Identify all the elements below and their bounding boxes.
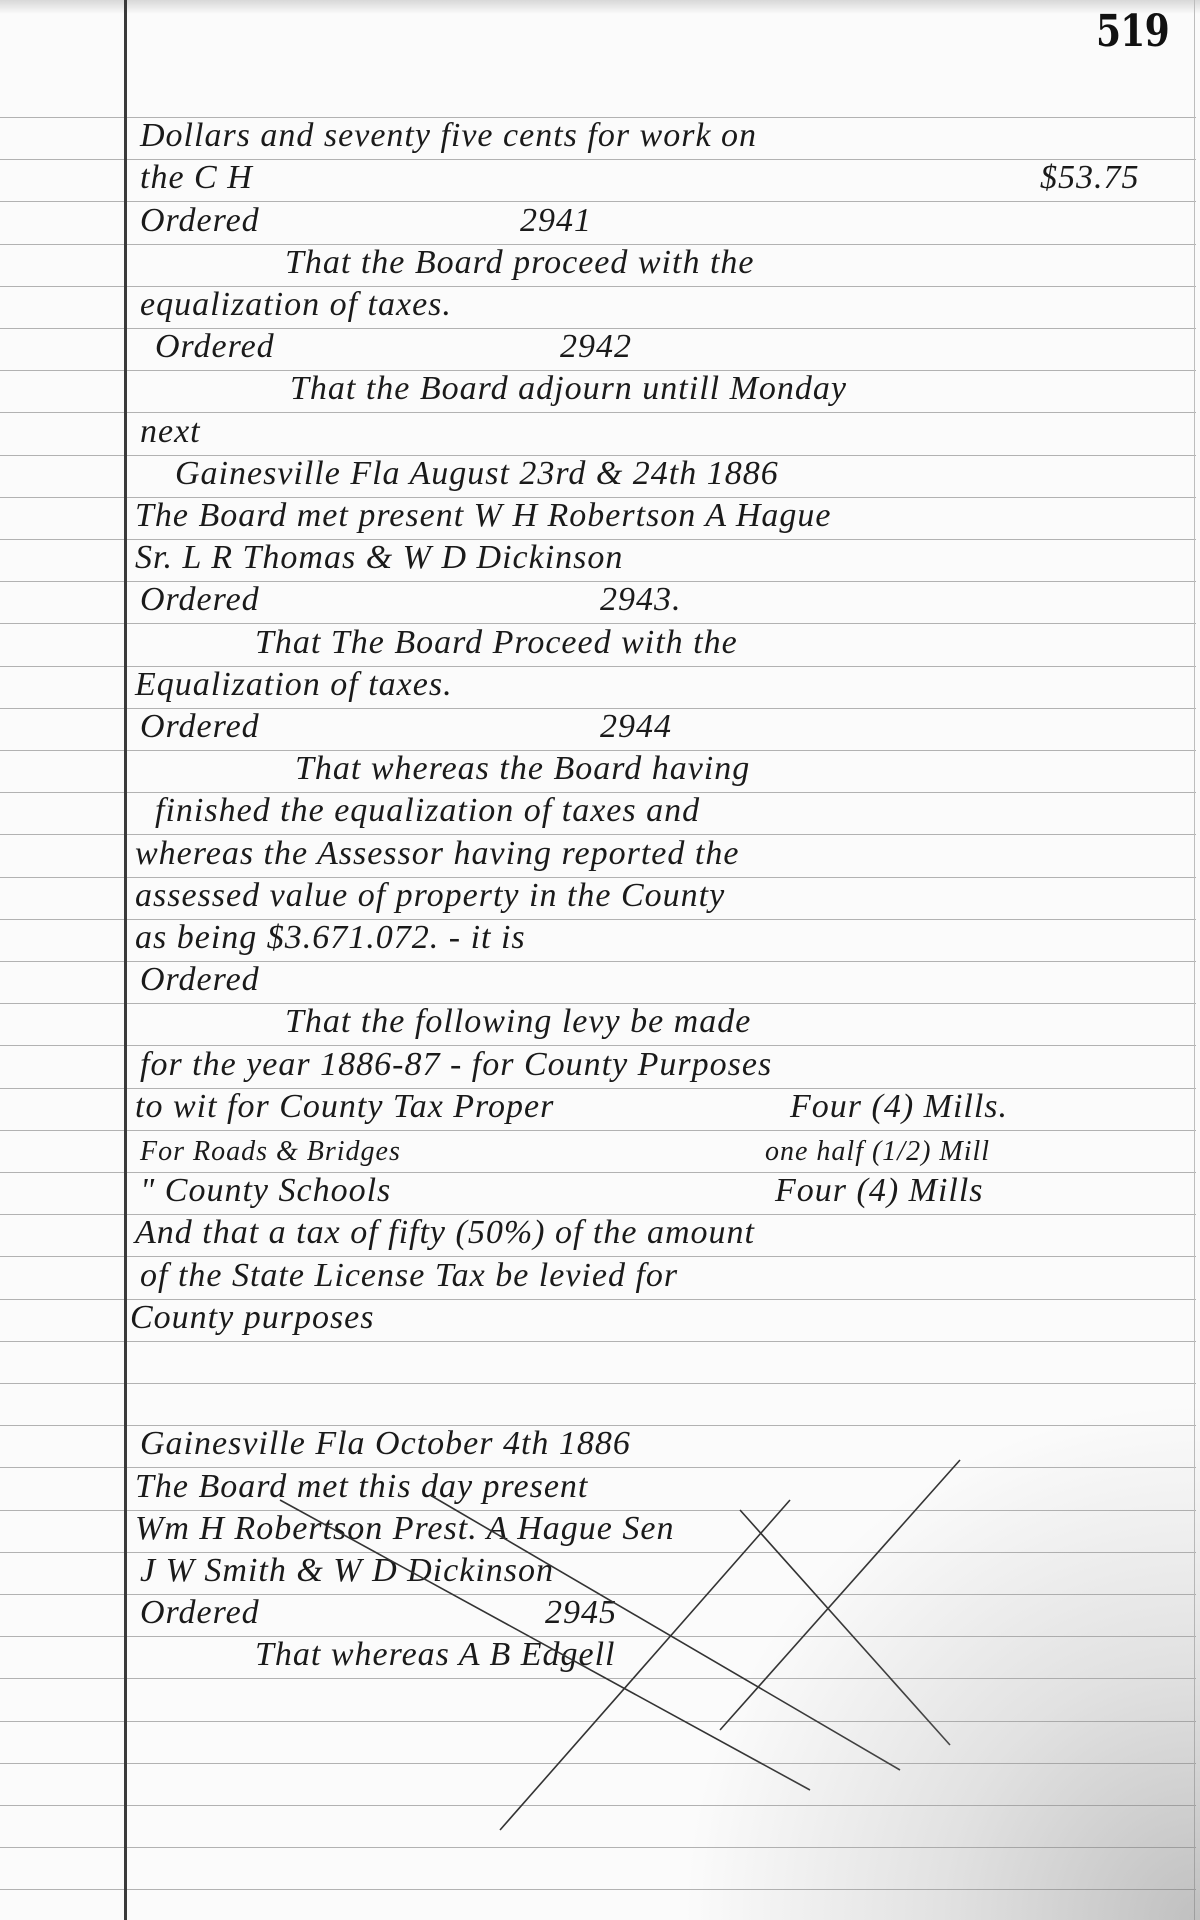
- text-line: to wit for County Tax ProperFour (4) Mil…: [0, 1088, 1196, 1130]
- handwritten-text: Ordered: [140, 961, 260, 999]
- text-line: the C H$53.75: [0, 159, 1196, 201]
- text-line: That the Board adjourn untill Monday: [0, 370, 1196, 412]
- handwritten-text: J W Smith & W D Dickinson: [140, 1552, 554, 1590]
- handwritten-text: That the following levy be made: [285, 1003, 751, 1041]
- handwritten-text: County purposes: [130, 1299, 375, 1337]
- handwritten-text: Sr. L R Thomas & W D Dickinson: [135, 539, 623, 577]
- text-line: And that a tax of fifty (50%) of the amo…: [0, 1214, 1196, 1256]
- text-line: The Board met this day present: [0, 1468, 1196, 1510]
- text-line: equalization of taxes.: [0, 286, 1196, 328]
- ruled-line: [0, 1847, 1196, 1848]
- text-line: next: [0, 413, 1196, 455]
- ruled-line: [0, 1341, 1196, 1342]
- handwritten-text: 2945: [545, 1594, 617, 1632]
- handwritten-text: " County Schools: [140, 1172, 391, 1210]
- handwritten-text: Dollars and seventy five cents for work …: [140, 117, 757, 155]
- handwritten-text: assessed value of property in the County: [135, 877, 725, 915]
- ruled-line: [0, 1721, 1196, 1722]
- handwritten-text: Four (4) Mills.: [790, 1088, 1008, 1126]
- handwritten-text: For Roads & Bridges: [140, 1136, 401, 1168]
- handwritten-text: That the Board proceed with the: [285, 244, 754, 282]
- handwritten-text: Ordered: [155, 328, 275, 366]
- handwritten-text: The Board met present W H Robertson A Ha…: [135, 497, 832, 535]
- handwritten-text: Ordered: [140, 708, 260, 746]
- text-line: Ordered: [0, 961, 1196, 1003]
- handwritten-text: That The Board Proceed with the: [255, 624, 738, 662]
- handwritten-text: Four (4) Mills: [775, 1172, 984, 1210]
- text-line: " County SchoolsFour (4) Mills: [0, 1172, 1196, 1214]
- handwritten-text: $53.75: [1040, 159, 1140, 197]
- text-line: for the year 1886-87 - for County Purpos…: [0, 1046, 1196, 1088]
- text-line: The Board met present W H Robertson A Ha…: [0, 497, 1196, 539]
- text-line: finished the equalization of taxes and: [0, 792, 1196, 834]
- handwritten-text: whereas the Assessor having reported the: [135, 835, 739, 873]
- text-line: County purposes: [0, 1299, 1196, 1341]
- ruled-line: [0, 1678, 1196, 1679]
- handwritten-text: the C H: [140, 159, 253, 197]
- ruled-line: [0, 1889, 1196, 1890]
- text-line: That whereas the Board having: [0, 750, 1196, 792]
- page-top-shadow: [0, 0, 1200, 14]
- text-line: Equalization of taxes.: [0, 666, 1196, 708]
- text-line: Ordered2945: [0, 1594, 1196, 1636]
- text-line: Ordered2942: [0, 328, 1196, 370]
- ruled-line: [0, 1763, 1196, 1764]
- text-line: That The Board Proceed with the: [0, 624, 1196, 666]
- handwritten-text: Equalization of taxes.: [135, 666, 453, 704]
- handwritten-text: equalization of taxes.: [140, 286, 452, 324]
- handwritten-text: to wit for County Tax Proper: [135, 1088, 554, 1126]
- ledger-page: 519 Dollars and seventy five cents for w…: [0, 0, 1200, 1920]
- text-line: whereas the Assessor having reported the: [0, 835, 1196, 877]
- handwritten-text: That whereas A B Edgell: [255, 1636, 615, 1674]
- handwritten-text: of the State License Tax be levied for: [140, 1257, 678, 1295]
- handwritten-text: Wm H Robertson Prest. A Hague Sen: [135, 1510, 674, 1548]
- ruled-line: [0, 1805, 1196, 1806]
- text-line: Gainesville Fla October 4th 1886: [0, 1425, 1196, 1467]
- text-line: Sr. L R Thomas & W D Dickinson: [0, 539, 1196, 581]
- text-line: That the following levy be made: [0, 1003, 1196, 1045]
- handwritten-text: The Board met this day present: [135, 1468, 588, 1506]
- handwritten-text: Gainesville Fla October 4th 1886: [140, 1425, 631, 1463]
- handwritten-text: Ordered: [140, 1594, 260, 1632]
- text-line: Ordered2944: [0, 708, 1196, 750]
- handwritten-text: one half (1/2) Mill: [765, 1136, 990, 1168]
- handwritten-text: 2944: [600, 708, 672, 746]
- handwritten-text: next: [140, 413, 201, 451]
- text-line: J W Smith & W D Dickinson: [0, 1552, 1196, 1594]
- handwritten-text: finished the equalization of taxes and: [155, 792, 700, 830]
- text-line: as being $3.671.072. - it is: [0, 919, 1196, 961]
- handwritten-text: That whereas the Board having: [295, 750, 750, 788]
- text-line: Ordered2943.: [0, 581, 1196, 623]
- text-line: That whereas A B Edgell: [0, 1636, 1196, 1678]
- text-line: assessed value of property in the County: [0, 877, 1196, 919]
- text-line: For Roads & Bridgesone half (1/2) Mill: [0, 1130, 1196, 1172]
- handwritten-text: Ordered: [140, 202, 260, 240]
- handwritten-text: 2942: [560, 328, 632, 366]
- page-number: 519: [1096, 6, 1169, 57]
- handwritten-text: 2941: [520, 202, 592, 240]
- text-line: Ordered2941: [0, 202, 1196, 244]
- handwritten-text: Gainesville Fla August 23rd & 24th 1886: [175, 455, 779, 493]
- handwritten-text: And that a tax of fifty (50%) of the amo…: [135, 1214, 755, 1252]
- handwritten-text: That the Board adjourn untill Monday: [290, 370, 847, 408]
- text-line: Dollars and seventy five cents for work …: [0, 117, 1196, 159]
- handwritten-text: Ordered: [140, 581, 260, 619]
- text-line: Wm H Robertson Prest. A Hague Sen: [0, 1510, 1196, 1552]
- ruled-line: [0, 1383, 1196, 1384]
- text-line: of the State License Tax be levied for: [0, 1257, 1196, 1299]
- text-line: Gainesville Fla August 23rd & 24th 1886: [0, 455, 1196, 497]
- handwritten-text: for the year 1886-87 - for County Purpos…: [140, 1046, 772, 1084]
- handwritten-text: as being $3.671.072. - it is: [135, 919, 526, 957]
- text-line: That the Board proceed with the: [0, 244, 1196, 286]
- handwritten-text: 2943.: [600, 581, 682, 619]
